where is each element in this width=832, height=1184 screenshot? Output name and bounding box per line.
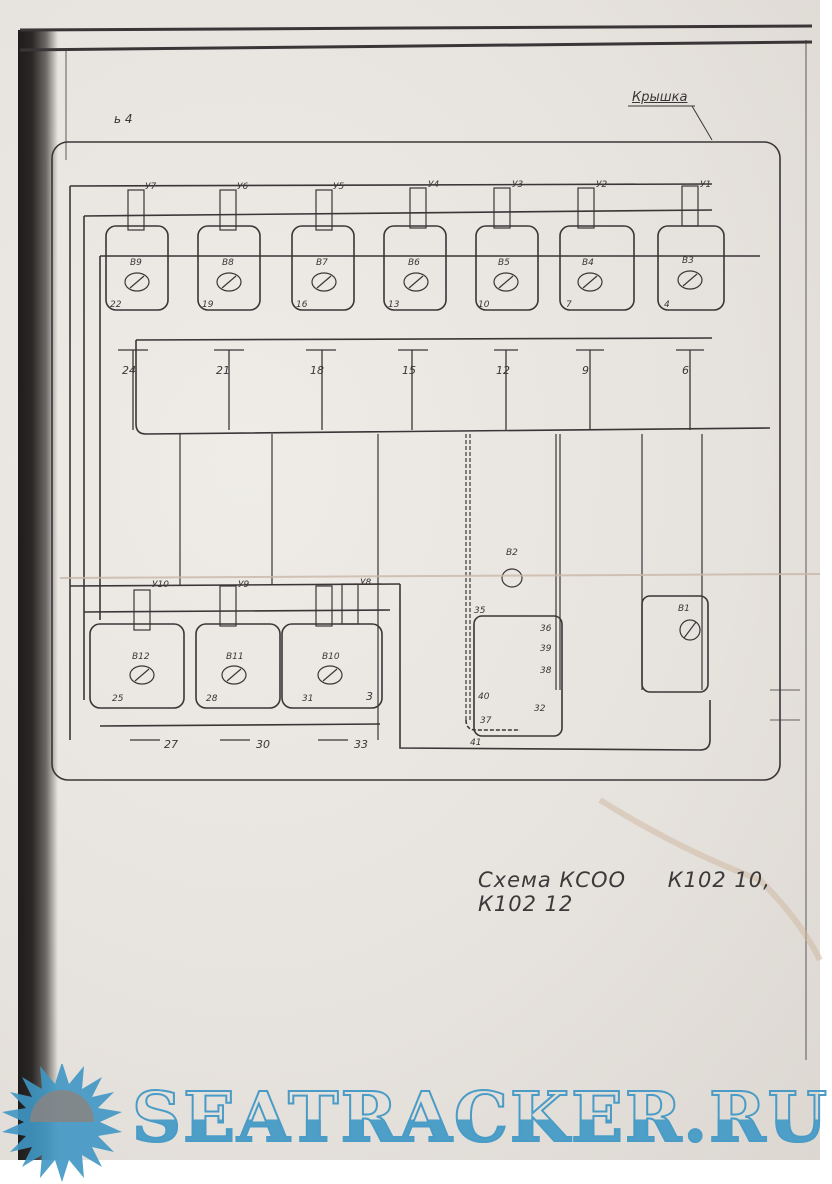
- switch-label: В9: [130, 258, 142, 268]
- terminal-label: 12: [496, 364, 510, 377]
- terminal-label: 30: [256, 738, 270, 751]
- contact-label: 16: [296, 300, 307, 310]
- relay-label: У3: [512, 180, 523, 190]
- contact-label: 7: [566, 300, 572, 310]
- terminal-label: 24: [122, 364, 136, 377]
- switch-label: В12: [132, 652, 150, 662]
- switch-label: В11: [226, 652, 244, 662]
- relay-label: У2: [596, 180, 607, 190]
- selector-switch-label: В2: [506, 548, 518, 558]
- switch-label: В8: [222, 258, 234, 268]
- contact-label: 10: [478, 300, 489, 310]
- switch-label: В4: [582, 258, 594, 268]
- relay-label: У4: [428, 180, 439, 190]
- terminal-label: 21: [216, 364, 230, 377]
- corner-mark: ь 4: [114, 112, 133, 126]
- selector-terminal: 38: [540, 666, 551, 676]
- relay-label: У7: [145, 182, 156, 192]
- cover-label: Крышка: [632, 90, 687, 105]
- switch-label: В5: [498, 258, 510, 268]
- switch-label: В7: [316, 258, 328, 268]
- contact-label: 25: [112, 694, 123, 704]
- contact-label: 22: [110, 300, 121, 310]
- selector-pin: 40: [478, 692, 489, 702]
- switch-label: В10: [322, 652, 340, 662]
- contact-label: 28: [206, 694, 217, 704]
- extra-label: 3: [366, 690, 373, 703]
- selector-terminal: 32: [534, 704, 545, 714]
- contact-label: 31: [302, 694, 313, 704]
- terminal-label: 9: [582, 364, 589, 377]
- terminal-label: 18: [310, 364, 324, 377]
- relay-label: У9: [238, 580, 249, 590]
- relay-label: У6: [237, 182, 248, 192]
- selector-terminal: 36: [540, 624, 551, 634]
- aux-switch-label: В1: [678, 604, 690, 614]
- contact-label: 19: [202, 300, 213, 310]
- relay-label: У10: [152, 580, 169, 590]
- selector-pin: 37: [480, 716, 491, 726]
- schematic-title: Схема КСОО К102 10, К102 12: [478, 868, 832, 916]
- terminal-label: 27: [164, 738, 178, 751]
- relay-label: У1: [700, 180, 711, 190]
- watermark-text: SEATRACKER.RU: [132, 1080, 829, 1156]
- relay-label: У8: [360, 578, 371, 588]
- contact-label: 4: [664, 300, 670, 310]
- terminal-label: 15: [402, 364, 416, 377]
- terminal-label: 33: [354, 738, 368, 751]
- selector-terminal: 39: [540, 644, 551, 654]
- contact-label: 13: [388, 300, 399, 310]
- switch-label: В3: [682, 256, 694, 266]
- relay-label: У5: [333, 182, 344, 192]
- terminal-label: 6: [682, 364, 689, 377]
- selector-terminal: 41: [470, 738, 481, 748]
- switch-label: В6: [408, 258, 420, 268]
- selector-pin: 35: [474, 606, 485, 616]
- wiring-schematic: [0, 0, 832, 1184]
